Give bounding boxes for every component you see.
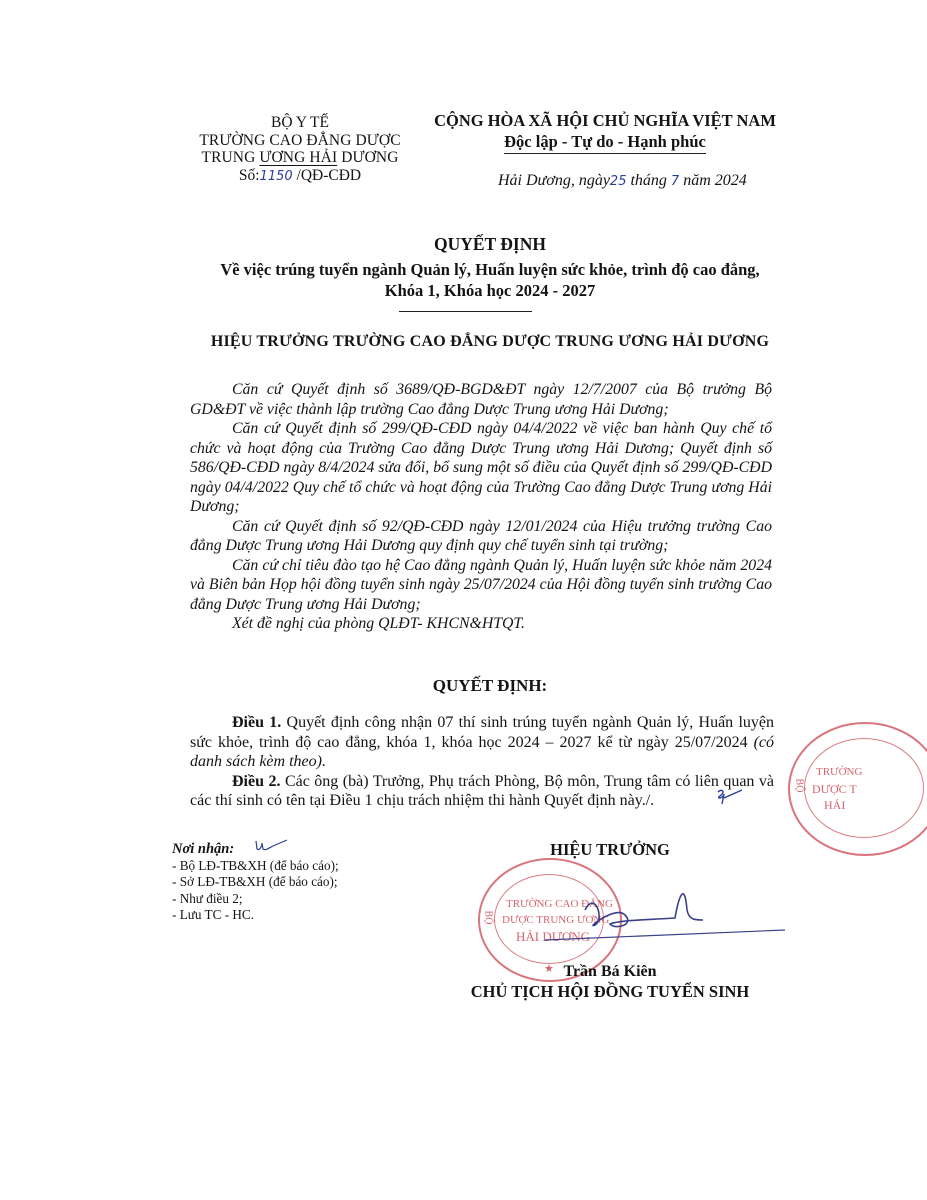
recipient-item: - Bộ LĐ-TB&XH (để báo cáo);: [172, 858, 452, 875]
initial-mark-icon: [714, 788, 744, 808]
signer-role: HIỆU TRƯỞNG: [440, 840, 780, 860]
date-place: Hải Dương, ngày: [498, 172, 610, 189]
recipients-heading-text: Nơi nhận:: [172, 841, 234, 857]
nation-name: CỘNG HÒA XÃ HỘI CHỦ NGHĨA VIỆT NAM: [420, 110, 790, 131]
article-2: Điều 2. Các ông (bà) Trưởng, Phụ trách P…: [190, 772, 774, 811]
decision-heading: QUYẾT ĐỊNH:: [190, 676, 790, 696]
article-label: Điều 2.: [232, 773, 280, 790]
edge-stamp: TRƯỜNG DƯỢC T HẢI BỘ: [788, 722, 927, 856]
ministry-name: BỘ Y TẾ: [180, 114, 420, 132]
edge-stamp-side: BỘ: [793, 779, 804, 793]
handwritten-day: 25: [610, 174, 627, 189]
legal-basis: Căn cứ Quyết định số 3689/QĐ-BGD&ĐT ngày…: [190, 380, 772, 634]
national-heading-block: CỘNG HÒA XÃ HỘI CHỦ NGHĨA VIỆT NAM Độc l…: [420, 110, 790, 154]
handwritten-number: 1150: [260, 169, 293, 184]
handwritten-month: 7: [671, 174, 679, 189]
signature-icon: [555, 880, 795, 950]
recipient-item: - Như điều 2;: [172, 891, 452, 908]
article-1: Điều 1. Quyết định công nhận 07 thí sinh…: [190, 713, 774, 772]
number-label: Số:: [239, 167, 260, 184]
subtitle-line1: Về việc trúng tuyển ngành Quản lý, Huấn …: [160, 259, 820, 280]
number-suffix: /QĐ-CĐD: [297, 167, 362, 184]
school-name-line2: TRUNG ƯƠNG HẢI DƯƠNG: [180, 149, 420, 167]
document-subtitle: Về việc trúng tuyển ngành Quản lý, Huấn …: [160, 259, 820, 301]
initials-scribble-icon: [253, 838, 293, 854]
basis-item: Căn cứ chỉ tiêu đào tạo hệ Cao đẳng ngàn…: [190, 556, 772, 615]
school-name-suffix: DƯƠNG: [337, 149, 398, 166]
basis-item: Căn cứ Quyết định số 92/QĐ-CĐD ngày 12/0…: [190, 517, 772, 556]
month-label: tháng: [630, 172, 666, 189]
edge-stamp-line2: DƯỢC T: [812, 782, 857, 797]
issuing-organization-block: BỘ Y TẾ TRƯỜNG CAO ĐẲNG DƯỢC TRUNG ƯƠNG …: [180, 114, 420, 185]
recipients-heading: Nơi nhận:: [172, 841, 452, 858]
recipient-item: - Sở LĐ-TB&XH (để báo cáo);: [172, 874, 452, 891]
school-name-line1: TRƯỜNG CAO ĐẲNG DƯỢC: [180, 132, 420, 150]
issuing-authority: HIỆU TRƯỞNG TRƯỜNG CAO ĐẲNG DƯỢC TRUNG Ư…: [160, 333, 820, 351]
title-divider: [399, 311, 532, 312]
document-title: QUYẾT ĐỊNH: [190, 234, 790, 255]
school-name-prefix: TRUNG: [202, 149, 260, 166]
subtitle-line2: Khóa 1, Khóa học 2024 - 2027: [160, 280, 820, 301]
recipients-list: Nơi nhận: - Bộ LĐ-TB&XH (để báo cáo); - …: [172, 841, 452, 924]
stamp-side-text: BỘ: [482, 911, 493, 925]
edge-stamp-line1: TRƯỜNG: [816, 766, 862, 778]
basis-item: Căn cứ Quyết định số 299/QĐ-CĐD ngày 04/…: [190, 419, 772, 517]
recipient-item: - Lưu TC - HC.: [172, 907, 452, 924]
issue-date: Hải Dương, ngày25 tháng 7 năm 2024: [498, 172, 747, 190]
articles: Điều 1. Quyết định công nhận 07 thí sinh…: [190, 713, 774, 811]
signer-title: CHỦ TỊCH HỘI ĐỒNG TUYỂN SINH: [430, 982, 790, 1002]
signer-name: Trần Bá Kiên: [440, 963, 780, 981]
article-label: Điều 1.: [232, 714, 281, 731]
year-label: năm 2024: [683, 172, 747, 189]
school-name-underlined: ƯƠNG HẢI: [259, 149, 337, 166]
basis-item: Căn cứ Quyết định số 3689/QĐ-BGD&ĐT ngày…: [190, 380, 772, 419]
edge-stamp-line3: HẢI: [824, 798, 845, 813]
document-number: Số:1150 /QĐ-CĐD: [180, 167, 420, 186]
national-motto: Độc lập - Tự do - Hạnh phúc: [504, 131, 706, 154]
basis-item: Xét đề nghị của phòng QLĐT- KHCN&HTQT.: [190, 614, 772, 634]
